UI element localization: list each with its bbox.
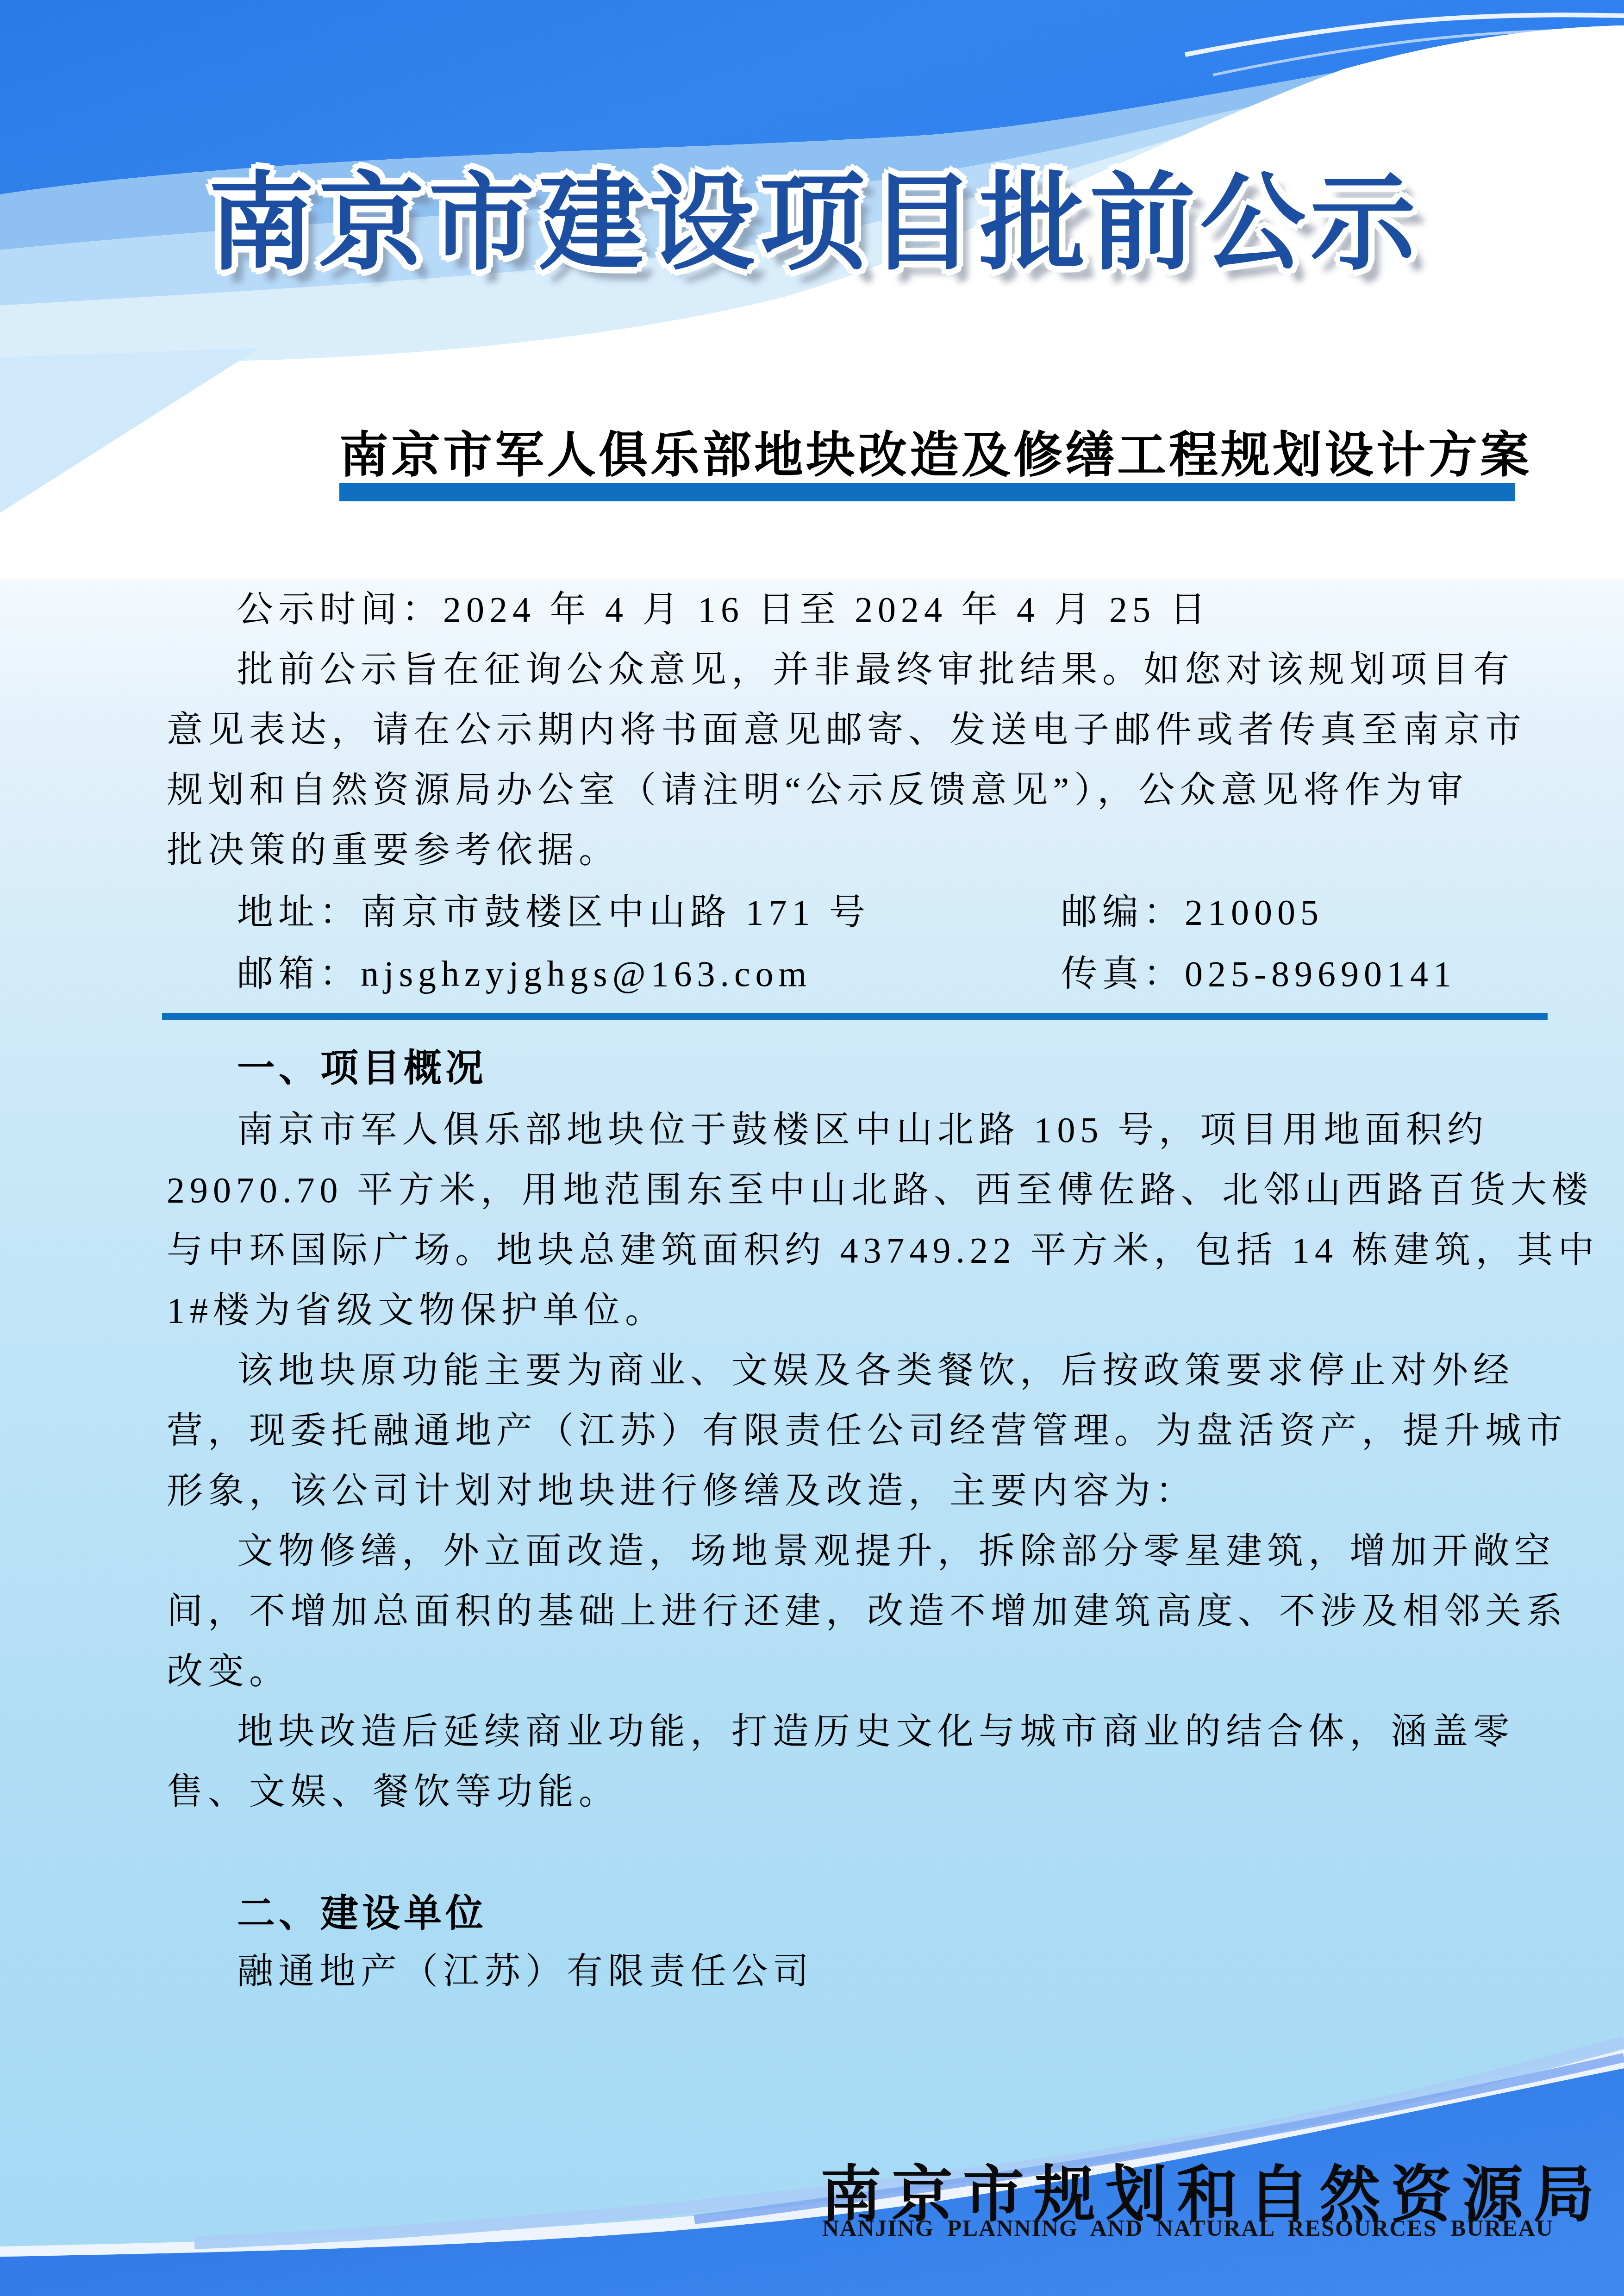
contact-fax: 传真：025-89690141 — [1061, 948, 1456, 999]
footer-banner — [0, 1972, 1624, 2296]
page-title: 南京市建设项目批前公示 — [208, 139, 1420, 290]
contact-email: 邮箱：njsghzyjghgs@163.com — [237, 948, 812, 999]
contact-address: 地址：南京市鼓楼区中山路 171 号 — [237, 887, 870, 938]
notice-intro-line-3: 规划和自然资源局办公室（请注明“公示反馈意见”），公众意见将作为审 — [167, 765, 1468, 816]
overview-p4-line-1: 地块改造后延续商业功能，打造历史文化与城市商业的结合体，涵盖零 — [237, 1706, 1514, 1757]
overview-p1-line-3: 与中环国际广场。地块总建筑面积约 43749.22 平方米，包括 14 栋建筑，… — [167, 1225, 1599, 1276]
notice-poster-page: 南京市建设项目批前公示 南京市军人俱乐部地块改造及修缮工程规划设计方案 公示时间… — [0, 0, 1624, 2296]
overview-p1-line-2: 29070.70 平方米，用地范围东至中山北路、西至傅佐路、北邻山西路百货大楼 — [167, 1165, 1593, 1216]
overview-p2-line-2: 营，现委托融通地产（江苏）有限责任公司经营管理。为盘活资产，提升城市 — [167, 1405, 1568, 1456]
overview-p1-line-1: 南京市军人俱乐部地块位于鼓楼区中山北路 105 号，项目用地面积约 — [237, 1104, 1488, 1155]
overview-p3-line-2: 间，不增加总面积的基础上进行还建，改造不增加建筑高度、不涉及相邻关系 — [167, 1586, 1568, 1637]
notice-intro-line-4: 批决策的重要参考依据。 — [167, 825, 620, 876]
footer-org-name-en: NANJING PLANNING AND NATURAL RESOURCES B… — [822, 2215, 1554, 2241]
overview-p1-line-4: 1#楼为省级文物保护单位。 — [167, 1285, 666, 1336]
contact-postcode: 邮编：210005 — [1061, 887, 1324, 938]
notice-intro-line-2: 意见表达，请在公示期内将书面意见邮寄、发送电子邮件或者传真至南京市 — [167, 705, 1526, 755]
divider-line — [162, 1013, 1548, 1020]
overview-p2-line-1: 该地块原功能主要为商业、文娱及各类餐饮，后按政策要求停止对外经 — [237, 1345, 1514, 1396]
notice-intro-line-1: 批前公示旨在征询公众意见，并非最终审批结果。如您对该规划项目有 — [237, 644, 1514, 695]
notice-time-line: 公示时间：2024 年 4 月 16 日至 2024 年 4 月 25 日 — [237, 584, 1211, 635]
overview-p2-line-3: 形象，该公司计划对地块进行修缮及改造，主要内容为： — [167, 1466, 1197, 1516]
notice-subtitle: 南京市军人俱乐部地块改造及修缮工程规划设计方案 — [339, 416, 1532, 486]
overview-p3-line-1: 文物修缮，外立面改造，场地景观提升，拆除部分零星建筑，增加开敞空 — [237, 1526, 1555, 1577]
company-name: 融通地产（江苏）有限责任公司 — [237, 1946, 814, 1997]
overview-p4-line-2: 售、文娱、餐饮等功能。 — [167, 1766, 620, 1817]
subtitle-underline-bar — [339, 483, 1515, 501]
section-2-heading: 二、建设单位 — [237, 1883, 487, 1937]
overview-p3-line-3: 改变。 — [167, 1646, 290, 1697]
section-1-heading: 一、项目概况 — [237, 1038, 487, 1092]
